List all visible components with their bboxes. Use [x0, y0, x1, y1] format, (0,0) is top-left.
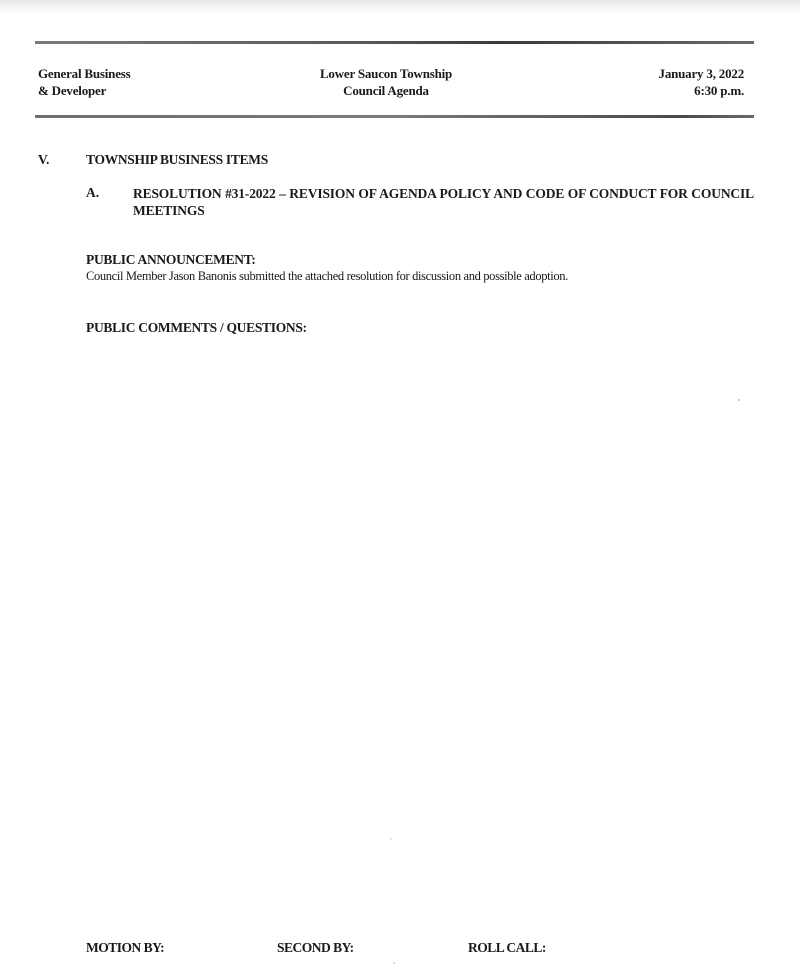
header-meeting-time: 6:30 p.m.	[659, 82, 744, 99]
header-top-rule	[35, 41, 754, 44]
header-meeting-date: January 3, 2022	[659, 65, 744, 82]
header-meeting-datetime: January 3, 2022 6:30 p.m.	[659, 65, 744, 99]
scan-speck	[393, 962, 395, 964]
header-document-type: Council Agenda	[300, 82, 472, 99]
second-by-label: SECOND BY:	[277, 940, 354, 956]
header-department-line1: General Business	[38, 65, 131, 82]
scan-speck	[390, 838, 392, 840]
scan-speck	[738, 399, 740, 401]
item-title: RESOLUTION #31-2022 – REVISION OF AGENDA…	[133, 185, 754, 219]
motion-by-label: MOTION BY:	[86, 940, 164, 956]
header-bottom-rule	[35, 115, 754, 118]
header-title: Lower Saucon Township Council Agenda	[300, 65, 472, 99]
header-department-line2: & Developer	[38, 82, 131, 99]
section-title: TOWNSHIP BUSINESS ITEMS	[86, 152, 268, 168]
header-department: General Business & Developer	[38, 65, 131, 99]
public-comments-label: PUBLIC COMMENTS / QUESTIONS:	[86, 320, 307, 336]
public-announcement-label: PUBLIC ANNOUNCEMENT:	[86, 252, 256, 268]
section-number: V.	[38, 152, 49, 168]
item-letter: A.	[86, 185, 99, 201]
page-top-shadow	[0, 0, 800, 14]
header-township-name: Lower Saucon Township	[300, 65, 472, 82]
roll-call-label: ROLL CALL:	[468, 940, 546, 956]
public-announcement-text: Council Member Jason Banonis submitted t…	[86, 269, 568, 284]
